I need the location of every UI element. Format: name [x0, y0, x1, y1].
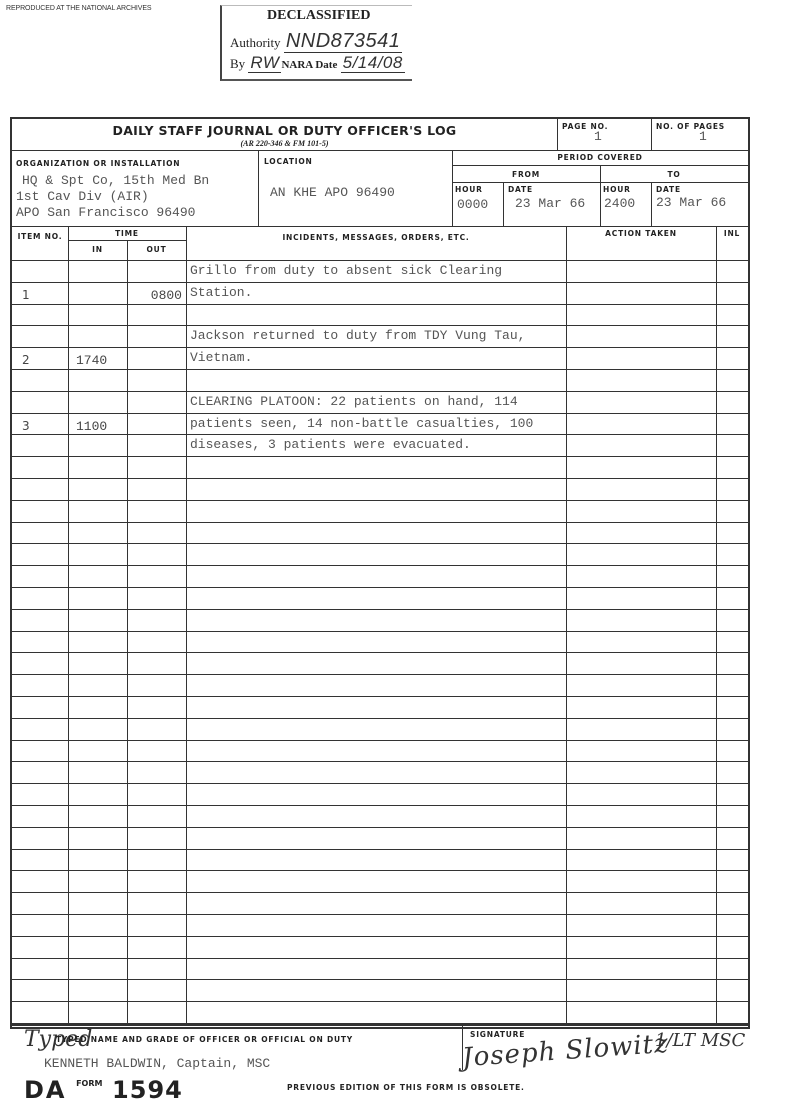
time-out-cell — [127, 369, 186, 391]
inl-cell — [716, 304, 748, 326]
row-divider — [12, 434, 748, 435]
row-divider — [12, 456, 748, 457]
incident-cell: Grillo from duty to absent sick Clearing — [186, 260, 566, 282]
table-row — [12, 565, 748, 587]
divider — [12, 150, 748, 151]
inl-cell — [716, 696, 748, 718]
time-in-cell — [68, 870, 127, 892]
row-divider — [12, 1001, 748, 1002]
incident-cell — [186, 500, 566, 522]
table-row — [12, 478, 748, 500]
row-divider — [12, 870, 748, 871]
time-out-cell — [127, 914, 186, 936]
action-taken-cell — [566, 391, 716, 413]
time-out-cell — [127, 761, 186, 783]
row-divider — [12, 391, 748, 392]
time-in-cell — [68, 674, 127, 696]
stamp-by-row: By RWNARA Date 5/14/08 — [230, 53, 405, 73]
table-row — [12, 674, 748, 696]
time-in-cell — [68, 522, 127, 544]
incident-cell — [186, 849, 566, 871]
row-divider — [12, 740, 748, 741]
time-out-header: OUT — [127, 245, 186, 254]
item-no-cell — [12, 718, 68, 740]
incident-cell — [186, 456, 566, 478]
time-out-cell — [127, 979, 186, 1001]
table-row — [12, 1001, 748, 1023]
item-no-cell — [12, 1001, 68, 1023]
action-taken-cell — [566, 565, 716, 587]
incident-cell: Vietnam. — [186, 347, 566, 369]
incident-cell — [186, 478, 566, 500]
time-in-cell — [68, 304, 127, 326]
time-out-cell — [127, 652, 186, 674]
item-no-cell — [12, 652, 68, 674]
divider — [557, 119, 558, 150]
incident-cell — [186, 543, 566, 565]
row-divider — [12, 761, 748, 762]
item-no-cell: 3 — [12, 413, 68, 435]
row-divider — [12, 609, 748, 610]
time-out-cell — [127, 1001, 186, 1023]
action-taken-cell — [566, 718, 716, 740]
item-no-cell — [12, 260, 68, 282]
table-row: Grillo from duty to absent sick Clearing — [12, 260, 748, 282]
time-out-cell — [127, 958, 186, 980]
time-in-cell — [68, 783, 127, 805]
action-taken-cell — [566, 892, 716, 914]
time-in-cell — [68, 543, 127, 565]
table-row — [12, 849, 748, 871]
form-title: DAILY STAFF JOURNAL OR DUTY OFFICER'S LO… — [12, 123, 557, 138]
from-hour-value: 0000 — [457, 197, 488, 212]
table-row — [12, 522, 748, 544]
table-row — [12, 827, 748, 849]
incident-cell — [186, 740, 566, 762]
incident-cell: Jackson returned to duty from TDY Vung T… — [186, 325, 566, 347]
by-initials: RW — [248, 53, 281, 73]
inl-cell — [716, 587, 748, 609]
time-out-cell — [127, 522, 186, 544]
table-row — [12, 696, 748, 718]
incident-cell — [186, 652, 566, 674]
time-in-cell — [68, 391, 127, 413]
table-row — [12, 587, 748, 609]
time-out-cell — [127, 413, 186, 435]
action-taken-cell — [566, 609, 716, 631]
item-no-cell — [12, 914, 68, 936]
table-row — [12, 543, 748, 565]
action-taken-cell — [566, 652, 716, 674]
row-divider — [12, 979, 748, 980]
item-no-cell — [12, 391, 68, 413]
time-out-cell — [127, 870, 186, 892]
incident-cell — [186, 609, 566, 631]
row-divider — [12, 936, 748, 937]
time-in-cell — [68, 369, 127, 391]
table-row — [12, 500, 748, 522]
to-hour-label: HOUR — [603, 185, 631, 194]
action-taken-cell — [566, 325, 716, 347]
table-row: CLEARING PLATOON: 22 patients on hand, 1… — [12, 391, 748, 413]
incident-cell: patients seen, 14 non-battle casualties,… — [186, 413, 566, 435]
time-in-cell — [68, 849, 127, 871]
table-row — [12, 892, 748, 914]
action-taken-cell — [566, 500, 716, 522]
row-divider — [12, 827, 748, 828]
inl-header: INL — [716, 229, 748, 238]
inl-cell — [716, 740, 748, 762]
item-no-cell — [12, 870, 68, 892]
divider — [651, 182, 652, 226]
by-label: By — [230, 56, 245, 71]
item-no-cell — [12, 827, 68, 849]
time-in-cell — [68, 325, 127, 347]
time-in-cell — [68, 434, 127, 456]
time-out-cell — [127, 674, 186, 696]
time-in-cell: 1740 — [68, 347, 127, 369]
incident-cell — [186, 369, 566, 391]
time-out-cell — [127, 936, 186, 958]
row-divider — [12, 849, 748, 850]
time-in-cell — [68, 609, 127, 631]
action-taken-cell — [566, 543, 716, 565]
inl-cell — [716, 413, 748, 435]
inl-cell — [716, 325, 748, 347]
row-divider — [12, 674, 748, 675]
time-out-cell — [127, 478, 186, 500]
table-row — [12, 652, 748, 674]
time-in-cell — [68, 500, 127, 522]
inl-cell — [716, 565, 748, 587]
incident-cell — [186, 936, 566, 958]
action-taken-cell — [566, 434, 716, 456]
period-covered-label: PERIOD COVERED — [452, 153, 748, 162]
row-divider — [12, 304, 748, 305]
row-divider — [12, 914, 748, 915]
signature-label: SIGNATURE — [470, 1030, 525, 1039]
item-no-cell — [12, 500, 68, 522]
action-taken-cell — [566, 958, 716, 980]
time-out-cell — [127, 456, 186, 478]
time-out-cell — [127, 260, 186, 282]
inl-cell — [716, 849, 748, 871]
time-out-cell — [127, 631, 186, 653]
action-taken-cell — [566, 369, 716, 391]
item-no-cell — [12, 543, 68, 565]
form-word: FORM — [76, 1079, 102, 1088]
officer-name-label: TYPED NAME AND GRADE OF OFFICER OR OFFIC… — [56, 1035, 353, 1044]
row-divider — [12, 522, 748, 523]
action-taken-cell — [566, 783, 716, 805]
action-taken-header: ACTION TAKEN — [566, 229, 716, 238]
from-date-label: DATE — [508, 185, 533, 194]
inl-cell — [716, 500, 748, 522]
item-no-cell — [12, 805, 68, 827]
table-row: 21740Vietnam. — [12, 347, 748, 369]
incident-cell — [186, 631, 566, 653]
item-no-cell — [12, 587, 68, 609]
item-no-cell — [12, 304, 68, 326]
no-of-pages-value: 1 — [699, 129, 707, 144]
location-value: AN KHE APO 96490 — [270, 185, 395, 200]
incident-cell — [186, 892, 566, 914]
time-in-cell: 1100 — [68, 413, 127, 435]
table-row: Jackson returned to duty from TDY Vung T… — [12, 325, 748, 347]
organization-line-3: APO San Francisco 96490 — [16, 205, 195, 220]
inl-cell — [716, 369, 748, 391]
incident-cell — [186, 696, 566, 718]
inl-cell — [716, 783, 748, 805]
action-taken-cell — [566, 260, 716, 282]
signature-rank: 1/LT MSC — [655, 1030, 745, 1051]
to-hour-value: 2400 — [604, 196, 635, 211]
row-divider — [12, 631, 748, 632]
table-row: diseases, 3 patients were evacuated. — [12, 434, 748, 456]
officer-name-value: KENNETH BALDWIN, Captain, MSC — [44, 1056, 270, 1071]
row-divider — [12, 696, 748, 697]
time-out-cell — [127, 347, 186, 369]
to-label: TO — [600, 170, 748, 179]
action-taken-cell — [566, 740, 716, 762]
item-no-cell — [12, 979, 68, 1001]
inl-cell — [716, 652, 748, 674]
item-no-cell — [12, 609, 68, 631]
inl-cell — [716, 827, 748, 849]
action-taken-cell — [566, 936, 716, 958]
incident-cell: CLEARING PLATOON: 22 patients on hand, 1… — [186, 391, 566, 413]
divider — [452, 182, 748, 183]
time-in-cell — [68, 478, 127, 500]
row-divider — [12, 892, 748, 893]
item-no-cell — [12, 849, 68, 871]
item-no-cell — [12, 936, 68, 958]
action-taken-cell — [566, 304, 716, 326]
time-out-cell — [127, 609, 186, 631]
time-in-cell — [68, 827, 127, 849]
action-taken-cell — [566, 979, 716, 1001]
row-divider — [12, 718, 748, 719]
incident-cell — [186, 304, 566, 326]
divider — [651, 119, 652, 150]
row-divider — [12, 478, 748, 479]
incident-cell: Station. — [186, 282, 566, 304]
incident-cell — [186, 958, 566, 980]
item-no-header: ITEM NO. — [12, 232, 68, 241]
incident-cell — [186, 783, 566, 805]
item-no-cell — [12, 958, 68, 980]
organization-line-1: HQ & Spt Co, 15th Med Bn — [22, 173, 209, 188]
incident-cell — [186, 522, 566, 544]
inl-cell — [716, 434, 748, 456]
no-of-pages-label: NO. OF PAGES — [656, 122, 725, 131]
time-in-cell — [68, 652, 127, 674]
action-taken-cell — [566, 413, 716, 435]
page-no-value: 1 — [594, 129, 602, 144]
action-taken-cell — [566, 587, 716, 609]
duty-log-form: DAILY STAFF JOURNAL OR DUTY OFFICER'S LO… — [10, 117, 750, 1029]
time-in-cell — [68, 979, 127, 1001]
inl-cell — [716, 674, 748, 696]
inl-cell — [716, 631, 748, 653]
organization-line-2: 1st Cav Div (AIR) — [16, 189, 149, 204]
stamp-title: DECLASSIFIED — [267, 8, 370, 24]
time-header: TIME — [68, 229, 186, 238]
nara-label: NARA Date — [281, 59, 337, 71]
table-row — [12, 870, 748, 892]
divider — [12, 1024, 748, 1026]
inl-cell — [716, 761, 748, 783]
table-row — [12, 369, 748, 391]
time-in-cell — [68, 1001, 127, 1023]
time-out-cell — [127, 565, 186, 587]
time-out-cell — [127, 543, 186, 565]
incidents-header: INCIDENTS, MESSAGES, ORDERS, ETC. — [186, 233, 566, 242]
row-divider — [12, 805, 748, 806]
table-row — [12, 761, 748, 783]
incident-cell — [186, 565, 566, 587]
table-row — [12, 304, 748, 326]
inl-cell — [716, 282, 748, 304]
action-taken-cell — [566, 631, 716, 653]
organization-label: ORGANIZATION OR INSTALLATION — [16, 159, 180, 168]
to-date-label: DATE — [656, 185, 681, 194]
inl-cell — [716, 609, 748, 631]
time-in-cell — [68, 718, 127, 740]
incident-cell — [186, 979, 566, 1001]
time-out-cell — [127, 587, 186, 609]
action-taken-cell — [566, 456, 716, 478]
incident-cell — [186, 674, 566, 696]
time-out-cell — [127, 696, 186, 718]
item-no-cell: 2 — [12, 347, 68, 369]
incident-cell — [186, 805, 566, 827]
action-taken-cell — [566, 674, 716, 696]
item-no-cell — [12, 631, 68, 653]
incident-cell — [186, 870, 566, 892]
row-divider — [12, 652, 748, 653]
time-out-cell — [127, 827, 186, 849]
table-row — [12, 958, 748, 980]
table-row — [12, 456, 748, 478]
location-label: LOCATION — [264, 157, 313, 166]
time-in-cell — [68, 631, 127, 653]
inl-cell — [716, 478, 748, 500]
incident-cell — [186, 827, 566, 849]
row-divider — [12, 543, 748, 544]
row-divider — [12, 958, 748, 959]
action-taken-cell — [566, 914, 716, 936]
to-date-value: 23 Mar 66 — [656, 195, 726, 210]
inl-cell — [716, 914, 748, 936]
from-hour-label: HOUR — [455, 185, 483, 194]
row-divider — [12, 500, 748, 501]
row-divider — [12, 565, 748, 566]
item-no-cell — [12, 325, 68, 347]
time-out-cell — [127, 805, 186, 827]
inl-cell — [716, 718, 748, 740]
authority-label: Authority — [230, 35, 281, 50]
time-out-cell: 0800 — [127, 282, 186, 304]
item-no-cell — [12, 478, 68, 500]
action-taken-cell — [566, 696, 716, 718]
divider — [12, 226, 748, 227]
obsolete-note: PREVIOUS EDITION OF THIS FORM IS OBSOLET… — [287, 1083, 525, 1092]
inl-cell — [716, 260, 748, 282]
time-out-cell — [127, 304, 186, 326]
time-out-cell — [127, 434, 186, 456]
time-in-cell — [68, 914, 127, 936]
time-in-cell — [68, 456, 127, 478]
row-divider — [12, 347, 748, 348]
row-divider — [12, 783, 748, 784]
row-divider — [12, 587, 748, 588]
action-taken-cell — [566, 522, 716, 544]
form-prefix: DA — [24, 1076, 67, 1104]
item-no-cell: 1 — [12, 282, 68, 304]
action-taken-cell — [566, 347, 716, 369]
time-in-cell — [68, 696, 127, 718]
row-divider — [12, 369, 748, 370]
action-taken-cell — [566, 870, 716, 892]
time-out-cell — [127, 849, 186, 871]
item-no-cell — [12, 696, 68, 718]
table-row — [12, 783, 748, 805]
time-in-cell — [68, 565, 127, 587]
time-in-cell — [68, 805, 127, 827]
form-subtitle: (AR 220-346 & FM 101-5) — [12, 139, 557, 148]
item-no-cell — [12, 522, 68, 544]
from-label: FROM — [452, 170, 600, 179]
time-out-cell — [127, 783, 186, 805]
incident-cell — [186, 587, 566, 609]
table-row — [12, 936, 748, 958]
item-no-cell — [12, 783, 68, 805]
table-row — [12, 718, 748, 740]
incident-cell — [186, 761, 566, 783]
time-out-cell — [127, 325, 186, 347]
inl-cell — [716, 936, 748, 958]
time-in-cell — [68, 587, 127, 609]
authority-value: NND873541 — [284, 30, 403, 53]
incident-cell: diseases, 3 patients were evacuated. — [186, 434, 566, 456]
incident-cell — [186, 1001, 566, 1023]
table-row: 31100patients seen, 14 non-battle casual… — [12, 413, 748, 435]
row-divider — [12, 282, 748, 283]
time-out-cell — [127, 740, 186, 762]
time-out-cell — [127, 892, 186, 914]
action-taken-cell — [566, 849, 716, 871]
inl-cell — [716, 456, 748, 478]
time-in-cell — [68, 936, 127, 958]
inl-cell — [716, 870, 748, 892]
stamp-date: 5/14/08 — [341, 53, 405, 73]
action-taken-cell — [566, 827, 716, 849]
row-divider — [12, 260, 748, 261]
declassified-stamp: DECLASSIFIED Authority NND873541 By RWNA… — [220, 5, 412, 81]
inl-cell — [716, 805, 748, 827]
time-out-cell — [127, 391, 186, 413]
time-in-cell — [68, 892, 127, 914]
row-divider — [12, 325, 748, 326]
inl-cell — [716, 958, 748, 980]
form-number: DA FORM 1594 — [24, 1076, 183, 1104]
inl-cell — [716, 522, 748, 544]
stamp-authority-row: Authority NND873541 — [230, 30, 402, 53]
inl-cell — [716, 1001, 748, 1023]
item-no-cell — [12, 369, 68, 391]
inl-cell — [716, 391, 748, 413]
